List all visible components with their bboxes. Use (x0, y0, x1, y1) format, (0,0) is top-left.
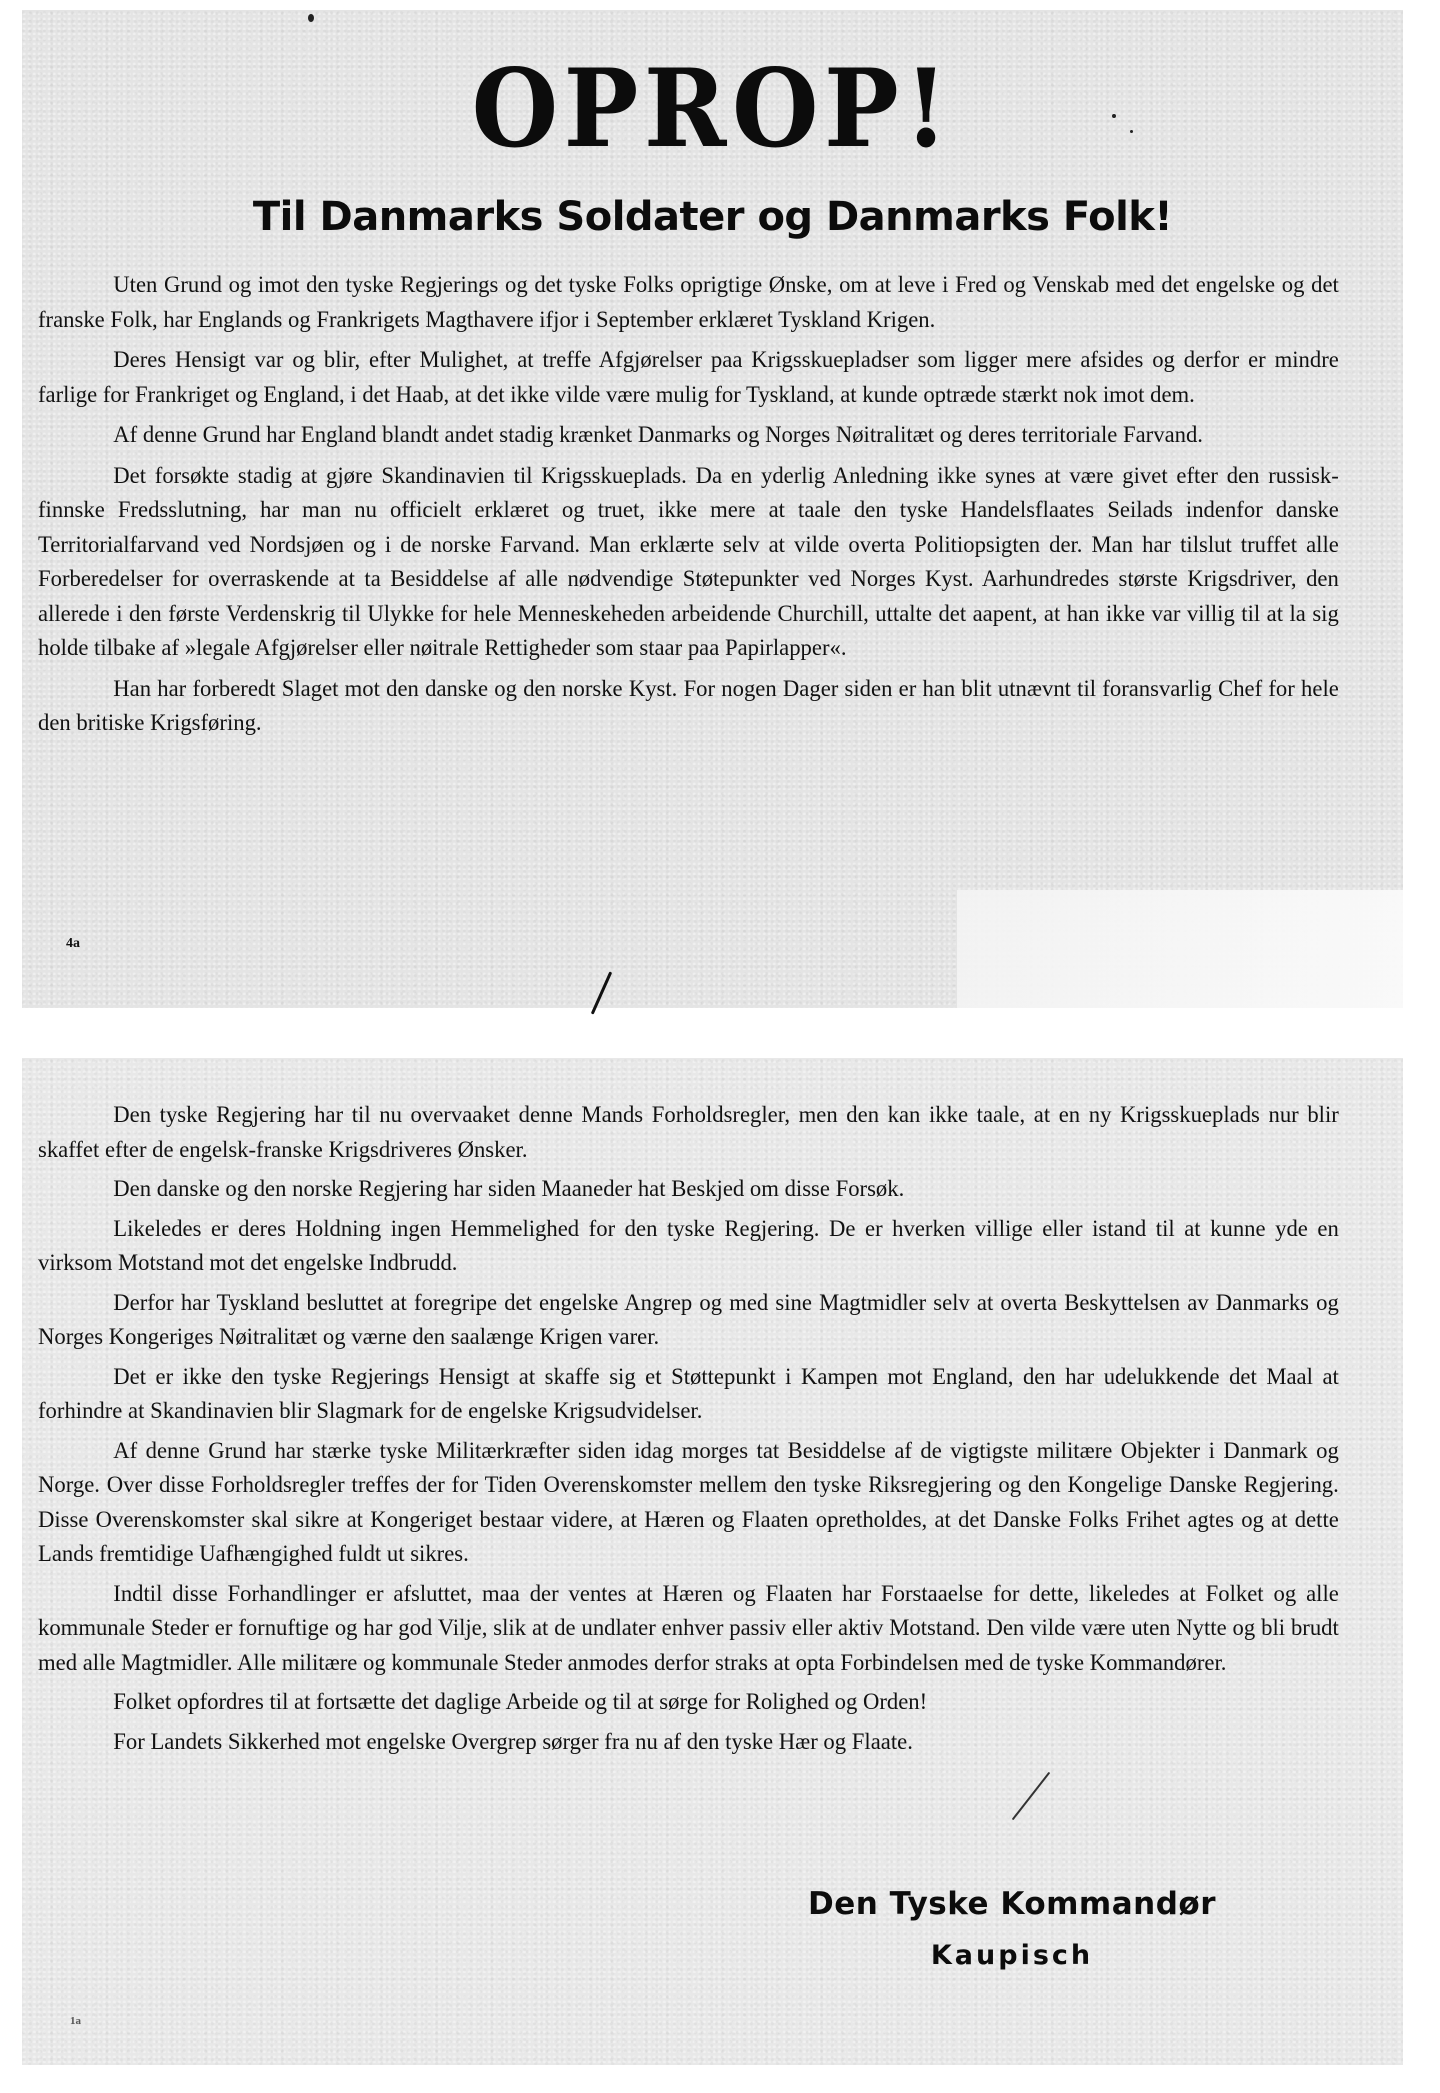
poster-upper-panel: OPROP! Til Danmarks Soldater og Danmarks… (22, 10, 1403, 1008)
paragraph: Han har forberedt Slaget mot den danske … (38, 672, 1339, 741)
page-marker: 1a (70, 2015, 81, 2027)
paragraph: Det er ikke den tyske Regjerings Hensigt… (38, 1360, 1339, 1429)
paragraph: For Landets Sikkerhed mot engelske Overg… (38, 1725, 1339, 1760)
page-marker: 4a (66, 936, 80, 952)
paragraph: Af denne Grund har stærke tyske Militærk… (38, 1434, 1339, 1572)
poster-lower-panel: Den tyske Regjering har til nu overvaake… (22, 1058, 1403, 2065)
paragraph: Den danske og den norske Regjering har s… (38, 1172, 1339, 1207)
upper-body-text: Uten Grund og imot den tyske Regjerings … (38, 268, 1339, 747)
signature-title: Den Tyske Kommandør (762, 1886, 1262, 1922)
paragraph: Likeledes er deres Holdning ingen Hemmel… (38, 1212, 1339, 1281)
ink-speck (1112, 114, 1116, 118)
paragraph: Af denne Grund har England blandt andet … (38, 418, 1339, 453)
subheadline: Til Danmarks Soldater og Danmarks Folk! (22, 194, 1403, 240)
headline: OPROP! (77, 55, 1348, 163)
paragraph: Deres Hensigt var og blir, efter Mulighe… (38, 343, 1339, 412)
lower-body-text: Den tyske Regjering har til nu overvaake… (38, 1098, 1339, 1764)
paragraph: Folket opfordres til at fortsætte det da… (38, 1685, 1339, 1720)
ink-speck (1130, 130, 1133, 133)
paragraph: Den tyske Regjering har til nu overvaake… (38, 1098, 1339, 1167)
paragraph: Indtil disse Forhandlinger er afsluttet,… (38, 1577, 1339, 1681)
paragraph: Det forsøkte stadig at gjøre Skandinavie… (38, 459, 1339, 666)
signature-name: Kaupisch (762, 1940, 1262, 1971)
ink-speck (308, 14, 314, 22)
paragraph: Derfor har Tyskland besluttet at foregri… (38, 1286, 1339, 1355)
paragraph: Uten Grund og imot den tyske Regjerings … (38, 268, 1339, 337)
